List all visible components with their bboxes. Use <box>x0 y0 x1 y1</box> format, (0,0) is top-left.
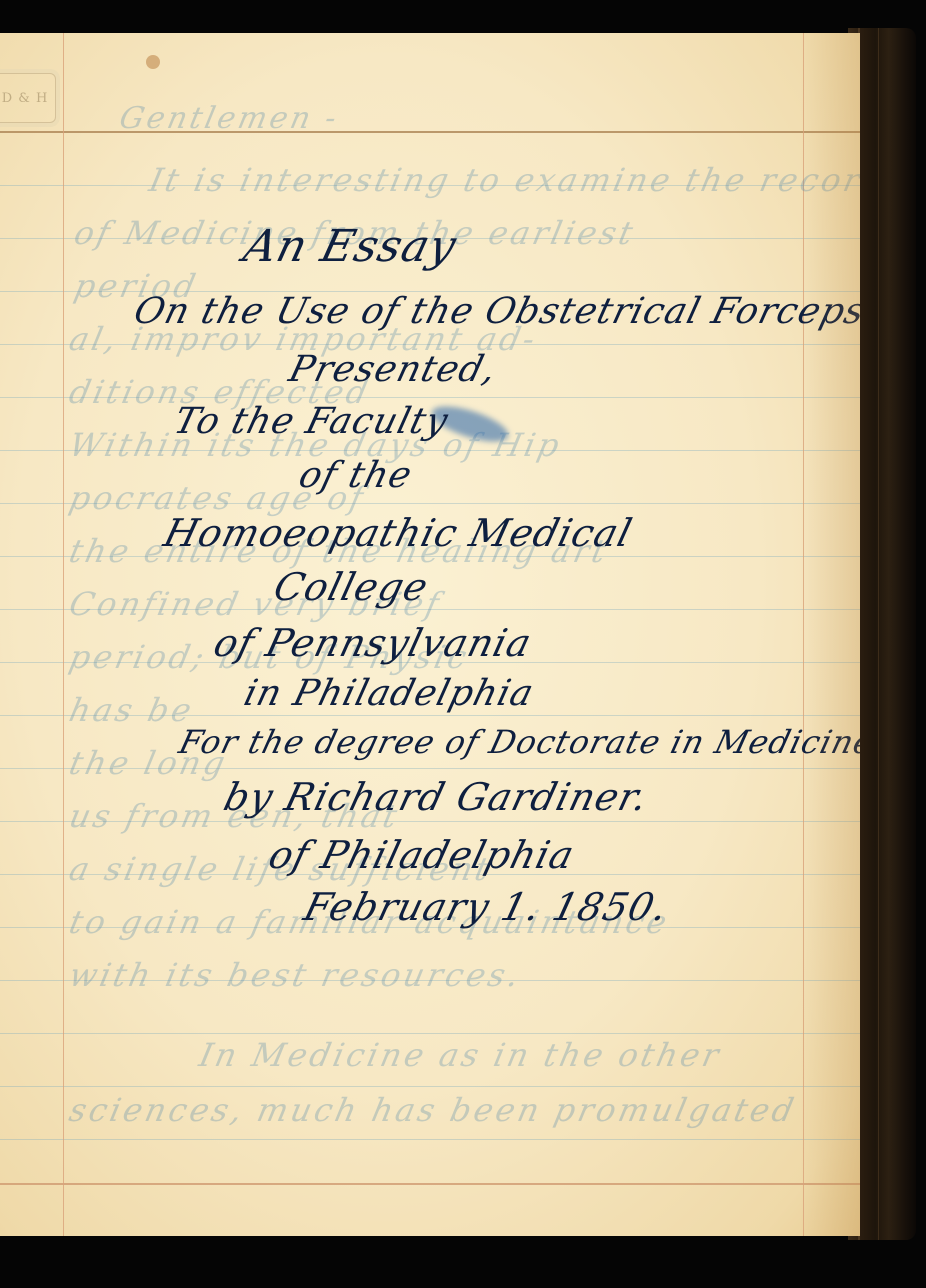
bleed-text-line: with its best resources. <box>66 956 860 994</box>
stain-spot <box>146 55 160 69</box>
author-city-line: of Philadelphia <box>265 833 580 877</box>
date-line: February 1. 1850. <box>300 885 673 929</box>
bleed-text-line: Confined very brief <box>66 585 860 623</box>
ruled-line <box>0 1086 860 1087</box>
title-essay: An Essay <box>239 221 462 272</box>
embossed-stamp: D & H <box>0 73 56 123</box>
of-the-line: of the <box>295 455 417 496</box>
bleed-text-line: Gentlemen - <box>116 101 860 136</box>
right-margin-line <box>803 33 804 1236</box>
bleed-text-line: It is interesting to examine the records <box>146 161 860 199</box>
manuscript-page: D & H Gentlemen - It is interesting to e… <box>0 33 860 1236</box>
title-subject: On the Use of the Obstetrical Forceps. <box>130 291 860 332</box>
left-margin-line <box>63 33 64 1236</box>
college-name-line1: Homoeopathic Medical <box>160 511 637 555</box>
bleed-text-line: of Medicine from the earliest <box>71 214 860 252</box>
faculty-line: To the Faculty <box>170 401 453 442</box>
degree-line: For the degree of Doctorate in Medicine <box>175 723 860 761</box>
presented-line: Presented, <box>285 349 501 390</box>
bleed-text-line: sciences, much has been promulgated <box>66 1091 860 1129</box>
ruled-line <box>0 1139 860 1140</box>
footer-rule <box>0 1183 860 1185</box>
ruled-line <box>0 1033 860 1034</box>
bleed-text-line: In Medicine as in the other <box>196 1036 860 1074</box>
city-line: in Philadelphia <box>240 673 538 714</box>
college-name-line2: College <box>270 565 434 609</box>
author-line: by Richard Gardiner. <box>220 775 653 819</box>
state-line: of Pennsylvania <box>210 621 537 665</box>
